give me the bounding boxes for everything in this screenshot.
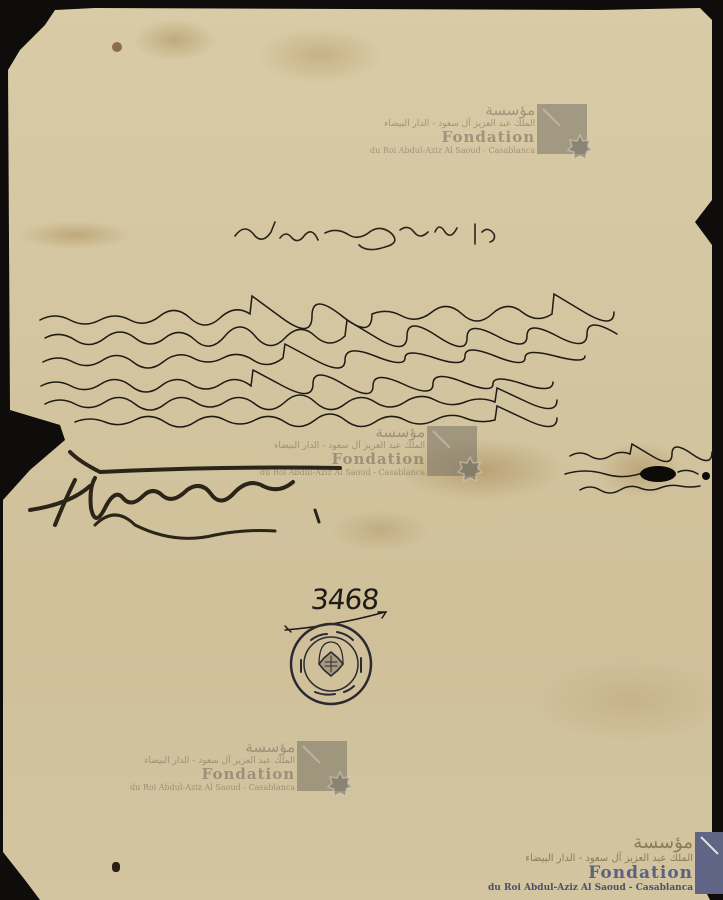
line-1 [40,294,614,329]
foundation-logo-icon [537,104,587,154]
line-2 [45,320,617,347]
body-text [35,290,670,434]
ink-spot [112,862,120,872]
foundation-logo-icon [297,741,347,791]
watermark-arabic-title: مؤسسة [130,740,295,755]
watermark-french-title: Fondation [130,767,295,782]
ink-spot [112,42,122,52]
watermark-arabic-title: مؤسسة [370,103,535,118]
watermark-bottom: مؤسسة الملك عبد العزيز آل سعود - الدار ا… [130,740,347,792]
header-line [230,218,500,262]
seal-stamp [289,622,373,706]
signature [25,440,345,554]
foundation-logo-icon [695,832,723,894]
watermark-arabic-subtitle: الملك عبد العزيز آل سعود - الدار البيضاء [488,854,693,864]
line-3 [43,344,585,368]
line-4 [41,370,553,394]
watermark-french-subtitle: du Roi Abdul-Aziz Al Saoud - Casablanca [370,147,535,155]
marginal-note [560,442,720,506]
watermark-french-subtitle: du Roi Abdul-Aziz Al Saoud - Casablanca [488,884,693,893]
watermark-french-title: Fondation [370,130,535,145]
watermark-top: مؤسسة الملك عبد العزيز آل سعود - الدار ا… [370,103,587,155]
watermark-arabic-title: مؤسسة [488,834,693,852]
line-5 [45,388,557,410]
watermark-french-subtitle: du Roi Abdul-Aziz Al Saoud - Casablanca [130,784,295,792]
watermark-french-title: Fondation [488,865,693,882]
watermark-corner: مؤسسة الملك عبد العزيز آل سعود - الدار ا… [488,832,723,894]
